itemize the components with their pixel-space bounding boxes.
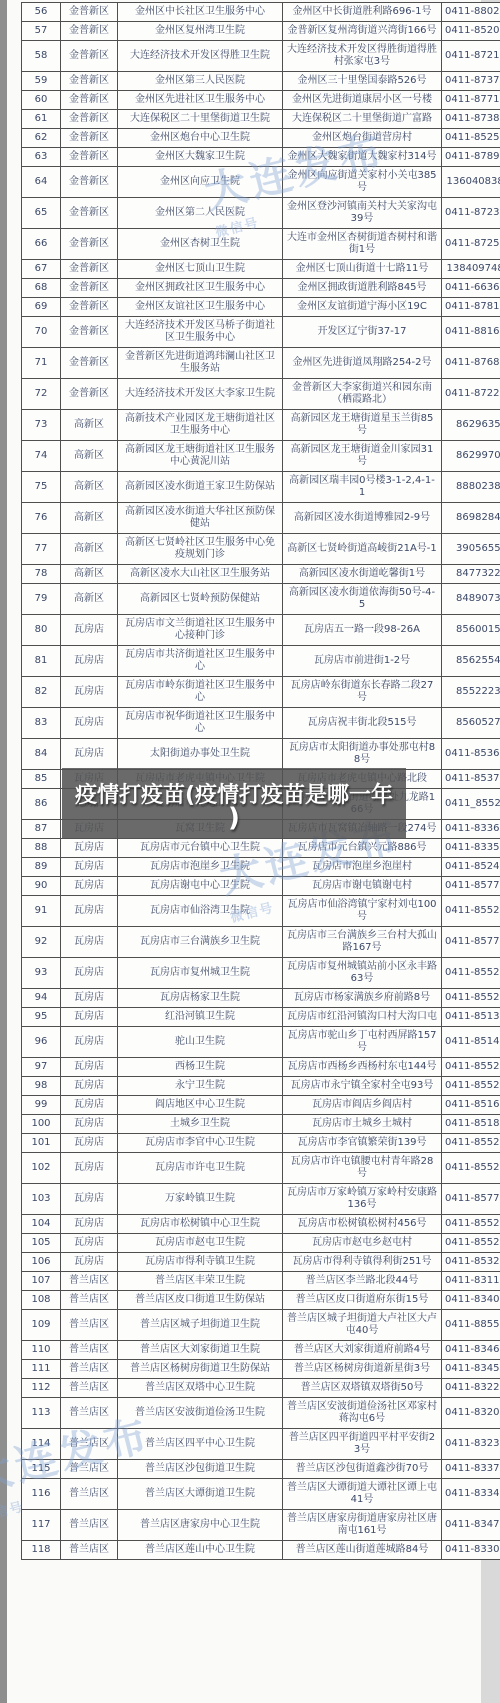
site-name-cell: 大连经济技术开发区得胜卫生院	[118, 41, 283, 72]
address-cell: 金州区中长街道胜利路696-1号	[283, 3, 442, 22]
phone-cell: 0411-87715467	[442, 91, 500, 110]
site-name-cell: 高新园区龙王塘街道社区卫生服务中心黄泥川站	[118, 441, 283, 472]
address-cell: 大连保税区二十里堡街道广富路	[283, 110, 442, 129]
phone-cell: 0411-85320120	[442, 1253, 500, 1272]
address-cell: 瓦房店市红沿河镇沟口村大沟口屯	[283, 1008, 442, 1027]
site-name-cell: 瓦房店市三台满族乡卫生院	[118, 927, 283, 958]
district-cell: 金普新区	[61, 260, 118, 279]
phone-cell: 85522231	[442, 677, 500, 708]
address-cell: 瓦房店市李官镇繁荣街139号	[283, 1134, 442, 1153]
row-number-cell: 112	[22, 1379, 61, 1398]
table-row: 73高新区高新技术产业园区龙王塘街道社区卫生服务中心高新园区龙王塘街道星玉兰街8…	[22, 410, 500, 441]
site-name-cell: 普兰店区安波街道俭汤卫生院	[118, 1398, 283, 1429]
phone-cell: 0411-87812702	[442, 298, 500, 317]
district-cell: 金普新区	[61, 167, 118, 198]
phone-cell: 39056558	[442, 534, 500, 565]
address-cell: 瓦房店市松树镇松树村456号	[283, 1215, 442, 1234]
address-cell: 大连经济技术开发区得胜街道得胜村张家屯3号	[283, 41, 442, 72]
site-name-cell: 阎店地区中心卫生院	[118, 1096, 283, 1115]
site-name-cell: 普兰店区丰荣卫生院	[118, 1272, 283, 1291]
district-cell: 瓦房店	[61, 646, 118, 677]
table-row: 82瓦房店瓦房店市岭东街道社区卫生服务中心瓦房店岭东街道东长春路二段27号855…	[22, 677, 500, 708]
site-name-cell: 金州区中长社区卫生服务中心	[118, 3, 283, 22]
district-cell: 瓦房店	[61, 615, 118, 646]
site-name-cell: 高新区凌水大山社区卫生服务站	[118, 565, 283, 584]
phone-cell: 0411-85773996	[442, 927, 500, 958]
table-row: 75高新区高新园区凌水街道王家卫生防保站高新园区瑞丰园0号楼3-1-2,4-1-…	[22, 472, 500, 503]
district-cell: 普兰店区	[61, 1541, 118, 1560]
address-cell: 瓦房店五一路一段98-26A	[283, 615, 442, 646]
site-name-cell: 金州区第二人民医院	[118, 198, 283, 229]
address-cell: 瓦房店市得利寺镇得利街251号	[283, 1253, 442, 1272]
site-name-cell: 瓦房店谢屯中心卫生院	[118, 877, 283, 896]
phone-cell: 0411-85520224	[442, 1215, 500, 1234]
district-cell: 瓦房店	[61, 1215, 118, 1234]
district-cell: 金普新区	[61, 279, 118, 298]
phone-cell: 85605274	[442, 708, 500, 739]
row-number-cell: 105	[22, 1234, 61, 1253]
site-name-cell: 金州区先进社区卫生服务中心	[118, 91, 283, 110]
district-cell: 普兰店区	[61, 1310, 118, 1341]
row-number-cell: 63	[22, 148, 61, 167]
row-number-cell: 85	[22, 770, 61, 789]
row-number-cell: 96	[22, 1027, 61, 1058]
site-name-cell: 大连保税区二十里堡街道卫生院	[118, 110, 283, 129]
district-cell: 瓦房店	[61, 1153, 118, 1184]
site-name-cell: 金州区复州湾卫生院	[118, 22, 283, 41]
address-cell: 瓦房店市万家岭镇万家岭村安康路136号	[283, 1184, 442, 1215]
site-name-cell: 金州区大魏家卫生院	[118, 148, 283, 167]
site-name-cell: 金州区第三人民医院	[118, 72, 283, 91]
address-cell: 普兰店区城子坦街道大卢社区大卢屯40号	[283, 1310, 442, 1341]
site-name-cell: 红沿河镇卫生院	[118, 1008, 283, 1027]
district-cell: 普兰店区	[61, 1510, 118, 1541]
district-cell: 金普新区	[61, 348, 118, 379]
district-cell: 金普新区	[61, 22, 118, 41]
site-name-cell: 瓦房店杨家卫生院	[118, 989, 283, 1008]
table-row: 61金普新区大连保税区二十里堡街道卫生院大连保税区二十里堡街道广富路0411-8…	[22, 110, 500, 129]
table-row: 70金普新区大连经济技术开发区马桥子街道社区卫生服务中心开发区辽宁街37-170…	[22, 317, 500, 348]
table-row: 68金普新区金州区拥政社区卫生服务中心金州区拥政街道胜利路845号0411-66…	[22, 279, 500, 298]
row-number-cell: 104	[22, 1215, 61, 1234]
address-cell: 大连市金州区杏树街道杏树村和谐街1号	[283, 229, 442, 260]
district-cell: 普兰店区	[61, 1479, 118, 1510]
row-number-cell: 101	[22, 1134, 61, 1153]
district-cell: 瓦房店	[61, 858, 118, 877]
row-number-cell: 91	[22, 896, 61, 927]
site-name-cell: 金州区炮台中心卫生院	[118, 129, 283, 148]
phone-cell: 85625549	[442, 646, 500, 677]
phone-cell: 0411-85520130	[442, 1234, 500, 1253]
table-row: 102瓦房店瓦房店市许屯卫生院瓦房店市许屯镇腰屯村青年路28号0411-8552…	[22, 1153, 500, 1184]
row-number-cell: 88	[22, 839, 61, 858]
district-cell: 金普新区	[61, 91, 118, 110]
site-name-cell: 普兰店区双塔中心卫生院	[118, 1379, 283, 1398]
phone-cell: 0411-87893997	[442, 148, 500, 167]
district-cell: 瓦房店	[61, 677, 118, 708]
row-number-cell: 64	[22, 167, 61, 198]
site-name-cell: 瓦房店市许屯卫生院	[118, 1153, 283, 1184]
row-number-cell: 72	[22, 379, 61, 410]
phone-cell: 0411-83367911	[442, 820, 500, 839]
table-row: 100瓦房店土城乡卫生院瓦房店市土城乡土城村0411-85181117	[22, 1115, 500, 1134]
row-number-cell: 87	[22, 820, 61, 839]
row-number-cell: 109	[22, 1310, 61, 1341]
row-number-cell: 110	[22, 1341, 61, 1360]
district-cell: 瓦房店	[61, 958, 118, 989]
row-number-cell: 99	[22, 1096, 61, 1115]
site-name-cell: 普兰店区杨树房街道卫生防保站	[118, 1360, 283, 1379]
district-cell: 普兰店区	[61, 1341, 118, 1360]
site-name-cell: 金普新区先进街道鸿玮澜山社区卫生服务站	[118, 348, 283, 379]
district-cell: 普兰店区	[61, 1429, 118, 1460]
district-cell: 金普新区	[61, 298, 118, 317]
table-row: 58金普新区大连经济技术开发区得胜卫生院大连经济技术开发区得胜街道得胜村张家屯3…	[22, 41, 500, 72]
row-number-cell: 60	[22, 91, 61, 110]
district-cell: 瓦房店	[61, 1184, 118, 1215]
table-row: 104瓦房店瓦房店市松树镇中心卫生院瓦房店市松树镇松树村456号0411-855…	[22, 1215, 500, 1234]
district-cell: 瓦房店	[61, 1058, 118, 1077]
table-row: 110普兰店区普兰店区大刘家街道卫生院普兰店区大刘家街道府前路4号0411-83…	[22, 1341, 500, 1360]
table-row: 115普兰店区普兰店区沙包街道卫生院普兰店区沙包街道鑫沙街70号0411-833…	[22, 1460, 500, 1479]
row-number-cell: 100	[22, 1115, 61, 1134]
address-cell: 瓦房店市元台镇兴元路886号	[283, 839, 442, 858]
table-row: 92瓦房店瓦房店市三台满族乡卫生院瓦房店市三台满族乡三台村大孤山路167号041…	[22, 927, 500, 958]
site-name-cell: 瓦房店市赵屯卫生院	[118, 1234, 283, 1253]
row-number-cell: 108	[22, 1291, 61, 1310]
site-name-cell: 瓦房店市泡崖乡卫生院	[118, 858, 283, 877]
overlay-title-line2: )	[228, 806, 240, 830]
table-row: 89瓦房店瓦房店市泡崖乡卫生院瓦房店市泡崖乡泡崖村0411-85240028	[22, 858, 500, 877]
address-cell: 瓦房店市三台满族乡三台村大孤山路167号	[283, 927, 442, 958]
phone-cell: 84890739	[442, 584, 500, 615]
site-name-cell: 普兰店区大刘家街道卫生院	[118, 1341, 283, 1360]
district-cell: 金普新区	[61, 198, 118, 229]
site-name-cell: 普兰店区唐家房中心卫生院	[118, 1510, 283, 1541]
row-number-cell: 111	[22, 1360, 61, 1379]
table-row: 78高新区高新区凌水大山社区卫生服务站高新园区凌水街道屹馨街1号84773229	[22, 565, 500, 584]
table-row: 107普兰店区普兰店区丰荣卫生院普兰店区李兰路北段44号0411-8311236…	[22, 1272, 500, 1291]
address-cell: 金普新区复州湾街道兴湾街166号	[283, 22, 442, 41]
phone-cell: 85600155	[442, 615, 500, 646]
site-name-cell: 高新园区七贤岭预防保健站	[118, 584, 283, 615]
address-cell: 高新园区凌水街道博雅园2-9号	[283, 503, 442, 534]
address-cell: 瓦房店市永宁镇全家村全屯93号	[283, 1077, 442, 1096]
address-cell: 高新园区凌水街道屹馨街1号	[283, 565, 442, 584]
district-cell: 金普新区	[61, 3, 118, 22]
district-cell: 金普新区	[61, 72, 118, 91]
row-number-cell: 81	[22, 646, 61, 677]
phone-cell: 0411-83341787	[442, 1479, 500, 1510]
phone-cell: 84773229	[442, 565, 500, 584]
table-row: 56金普新区金州区中长社区卫生服务中心金州区中长街道胜利路696-1号0411-…	[22, 3, 500, 22]
address-cell: 金州区登沙河镇南关村大关家沟屯39号	[283, 198, 442, 229]
address-cell: 金州区拥政街道胜利路845号	[283, 279, 442, 298]
row-number-cell: 62	[22, 129, 61, 148]
address-cell: 高新区七贤岭街道高崚街21A号-1	[283, 534, 442, 565]
district-cell: 瓦房店	[61, 927, 118, 958]
phone-cell: 86296353	[442, 410, 500, 441]
district-cell: 瓦房店	[61, 708, 118, 739]
row-number-cell: 65	[22, 198, 61, 229]
district-cell: 瓦房店	[61, 1096, 118, 1115]
district-cell: 瓦房店	[61, 1077, 118, 1096]
district-cell: 高新区	[61, 441, 118, 472]
phone-cell: 0411-85520159	[442, 989, 500, 1008]
row-number-cell: 69	[22, 298, 61, 317]
phone-cell: 0411-83459818	[442, 1360, 500, 1379]
row-number-cell: 93	[22, 958, 61, 989]
table-row: 71金普新区金普新区先进街道鸿玮澜山社区卫生服务站金州区先进街道凤翔路254-2…	[22, 348, 500, 379]
row-number-cell: 57	[22, 22, 61, 41]
site-name-cell: 驼山卫生院	[118, 1027, 283, 1058]
site-name-cell: 瓦房店市松树镇中心卫生院	[118, 1215, 283, 1234]
address-cell: 普兰店区四平街道四平村平安街23号	[283, 1429, 442, 1460]
address-cell: 瓦房店市太阳街道办事处那屯村88号	[283, 739, 442, 770]
phone-cell: 0411-85520197	[442, 896, 500, 927]
table-row: 63金普新区金州区大魏家卫生院金州区大魏家街道大魏家村314号0411-8789…	[22, 148, 500, 167]
table-row: 69金普新区金州区友谊社区卫生服务中心金州区友谊街道宁海小区19C0411-87…	[22, 298, 500, 317]
address-cell: 瓦房店市谢屯镇谢屯村	[283, 877, 442, 896]
address-cell: 普兰店区沙包街道鑫沙街70号	[283, 1460, 442, 1479]
site-name-cell: 普兰店区沙包街道卫生院	[118, 1460, 283, 1479]
site-name-cell: 瓦房店市祝华街道社区卫生服务中心	[118, 708, 283, 739]
district-cell: 金普新区	[61, 148, 118, 167]
district-cell: 瓦房店	[61, 1234, 118, 1253]
district-cell: 金普新区	[61, 229, 118, 260]
address-cell: 普兰店区皮口街道府东街15号	[283, 1291, 442, 1310]
table-row: 116普兰店区普兰店区大谭街道卫生院普兰店区大谭街道大谭社区谭上屯41号0411…	[22, 1479, 500, 1510]
phone-cell: 13840974857	[442, 260, 500, 279]
phone-cell: 0411-83400086	[442, 1291, 500, 1310]
row-number-cell: 75	[22, 472, 61, 503]
district-cell: 瓦房店	[61, 1134, 118, 1153]
row-number-cell: 59	[22, 72, 61, 91]
phone-cell: 0411-85131663	[442, 1008, 500, 1027]
table-row: 64金普新区金州区向应卫生院金州区向应街道关家村小关屯385号136040838…	[22, 167, 500, 198]
phone-cell: 0411-83200691	[442, 1398, 500, 1429]
table-row: 101瓦房店瓦房店市李官中心卫生院瓦房店市李官镇繁荣街139号0411-8552…	[22, 1134, 500, 1153]
district-cell: 普兰店区	[61, 1291, 118, 1310]
phone-cell: 86299709	[442, 441, 500, 472]
address-cell: 瓦房店市西杨乡西杨村东屯144号	[283, 1058, 442, 1077]
address-cell: 瓦房店祝丰街北段515号	[283, 708, 442, 739]
row-number-cell: 56	[22, 3, 61, 22]
row-number-cell: 102	[22, 1153, 61, 1184]
address-cell: 高新园区瑞丰园0号楼3-1-2,4-1-1	[283, 472, 442, 503]
row-number-cell: 77	[22, 534, 61, 565]
district-cell: 普兰店区	[61, 1360, 118, 1379]
table-row: 94瓦房店瓦房店杨家卫生院瓦房店市杨家满族乡府前路8号0411-85520159	[22, 989, 500, 1008]
row-number-cell: 79	[22, 584, 61, 615]
address-cell: 普兰店区唐家房街道唐家房社区唐南屯161号	[283, 1510, 442, 1541]
district-cell: 瓦房店	[61, 877, 118, 896]
phone-cell: 0411-87221117	[442, 379, 500, 410]
site-name-cell: 普兰店区城子坦街道卫生院	[118, 1310, 283, 1341]
row-number-cell: 80	[22, 615, 61, 646]
site-name-cell: 瓦房店市岭东街道社区卫生服务中心	[118, 677, 283, 708]
district-cell: 高新区	[61, 503, 118, 534]
row-number-cell: 86	[22, 789, 61, 820]
table-row: 99瓦房店阎店地区中心卫生院瓦房店市阎店乡阎店村0411-85162888	[22, 1096, 500, 1115]
address-cell: 瓦房店市前进街1-2号	[283, 646, 442, 677]
row-number-cell: 76	[22, 503, 61, 534]
phone-cell: 0411-85181117	[442, 1115, 500, 1134]
site-name-cell: 太阳街道办事处卫生院	[118, 739, 283, 770]
address-cell: 瓦房店市泡崖乡泡崖村	[283, 858, 442, 877]
table-row: 59金普新区金州区第三人民医院金州区三十里堡国泰路526号0411-873761…	[22, 72, 500, 91]
district-cell: 高新区	[61, 472, 118, 503]
table-row: 79高新区高新园区七贤岭预防保健站高新园区凌水街道依海街50号-4-584890…	[22, 584, 500, 615]
phone-cell: 0411-85520115	[442, 1077, 500, 1096]
row-number-cell: 116	[22, 1479, 61, 1510]
row-number-cell: 68	[22, 279, 61, 298]
site-name-cell: 普兰店区四平中心卫生院	[118, 1429, 283, 1460]
phone-cell: 86982842	[442, 503, 500, 534]
address-cell: 普兰店区双塔镇双塔街50号	[283, 1379, 442, 1398]
site-name-cell: 普兰店区皮口街道卫生防保站	[118, 1291, 283, 1310]
row-number-cell: 67	[22, 260, 61, 279]
row-number-cell: 115	[22, 1460, 61, 1479]
watermark-overlay-banner: 疫情打疫苗(疫情打疫苗是哪一年 )	[62, 768, 406, 839]
table-row: 90瓦房店瓦房店谢屯中心卫生院瓦房店市谢屯镇谢屯村0411-85775467	[22, 877, 500, 896]
district-cell: 高新区	[61, 534, 118, 565]
phone-cell: 0411-85240028	[442, 858, 500, 877]
row-number-cell: 89	[22, 858, 61, 877]
phone-cell: 0411-85774855	[442, 1184, 500, 1215]
site-name-cell: 普兰店区大谭街道卫生院	[118, 1479, 283, 1510]
table-row: 67金普新区金州区七顶山卫生院金州区七顶山街道十七路11号13840974857	[22, 260, 500, 279]
row-number-cell: 73	[22, 410, 61, 441]
table-row: 113普兰店区普兰店区安波街道俭汤卫生院普兰店区安波街道俭汤社区邓家村蒋沟屯6号…	[22, 1398, 500, 1429]
row-number-cell: 107	[22, 1272, 61, 1291]
phone-cell: 0411-83112365	[442, 1272, 500, 1291]
address-cell: 瓦房店市许屯镇腰屯村青年路28号	[283, 1153, 442, 1184]
phone-cell: 0411-87234545	[442, 198, 500, 229]
site-name-cell: 瓦房店市元台镇中心卫生院	[118, 839, 283, 858]
phone-cell: 0411-87250115	[442, 229, 500, 260]
row-number-cell: 82	[22, 677, 61, 708]
site-name-cell: 永宁卫生院	[118, 1077, 283, 1096]
table-row: 105瓦房店瓦房店市赵屯卫生院瓦房店市赵屯乡赵屯村0411-85520130	[22, 1234, 500, 1253]
district-cell: 普兰店区	[61, 1379, 118, 1398]
district-cell: 金普新区	[61, 129, 118, 148]
table-row: 88瓦房店瓦房店市元台镇中心卫生院瓦房店市元台镇兴元路886号0411-8335…	[22, 839, 500, 858]
phone-cell: 0411-88550040	[442, 1310, 500, 1341]
address-cell: 金州区先进街道康居小区一号楼	[283, 91, 442, 110]
table-row: 91瓦房店瓦房店市仙浴湾卫生院瓦房店市仙浴湾镇宁家村刘屯100号0411-855…	[22, 896, 500, 927]
site-name-cell: 西杨卫生院	[118, 1058, 283, 1077]
address-cell: 瓦房店市仙浴湾镇宁家村刘屯100号	[283, 896, 442, 927]
row-number-cell: 66	[22, 229, 61, 260]
address-cell: 金州区七顶山街道十七路11号	[283, 260, 442, 279]
phone-cell: 0411-87382428	[442, 110, 500, 129]
phone-cell: 0411-83223230	[442, 1379, 500, 1398]
row-number-cell: 90	[22, 877, 61, 896]
row-number-cell: 70	[22, 317, 61, 348]
address-cell: 金普新区大李家街道兴和园东南（栖霞路北）	[283, 379, 442, 410]
site-name-cell: 大连经济技术开发区马桥子街道社区卫生服务中心	[118, 317, 283, 348]
phone-cell: 0411-83357907	[442, 839, 500, 858]
address-cell: 金州区大魏家街道大魏家村314号	[283, 148, 442, 167]
row-number-cell: 95	[22, 1008, 61, 1027]
article-table-screenshot: 大连发布 56金普新区金州区中长社区卫生服务中心金州区中长街道胜利路696-1号…	[0, 0, 500, 1703]
address-cell: 瓦房店市土城乡土城村	[283, 1115, 442, 1134]
phone-cell: 0411-66369500	[442, 279, 500, 298]
phone-cell: 0411-85202176	[442, 22, 500, 41]
row-number-cell: 103	[22, 1184, 61, 1215]
table-row: 98瓦房店永宁卫生院瓦房店市永宁镇全家村全屯93号0411-85520115	[22, 1077, 500, 1096]
district-cell: 瓦房店	[61, 1253, 118, 1272]
district-cell: 普兰店区	[61, 1272, 118, 1291]
site-name-cell: 瓦房店市复州城卫生院	[118, 958, 283, 989]
site-name-cell: 金州区向应卫生院	[118, 167, 283, 198]
row-number-cell: 84	[22, 739, 61, 770]
table-row: 81瓦房店瓦房店市共济街道社区卫生服务中心瓦房店市前进街1-2号85625549	[22, 646, 500, 677]
table-row: 112普兰店区普兰店区双塔中心卫生院普兰店区双塔镇双塔街50号0411-8322…	[22, 1379, 500, 1398]
row-number-cell: 92	[22, 927, 61, 958]
site-name-cell: 金州区友谊社区卫生服务中心	[118, 298, 283, 317]
table-row: 60金普新区金州区先进社区卫生服务中心金州区先进街道康居小区一号楼0411-87…	[22, 91, 500, 110]
table-row: 117普兰店区普兰店区唐家房中心卫生院普兰店区唐家房街道唐家房社区唐南屯161号…	[22, 1510, 500, 1541]
district-cell: 瓦房店	[61, 896, 118, 927]
table-row: 103瓦房店万家岭镇卫生院瓦房店市万家岭镇万家岭村安康路136号0411-857…	[22, 1184, 500, 1215]
table-row: 114普兰店区普兰店区四平中心卫生院普兰店区四平街道四平村平安街23号0411-…	[22, 1429, 500, 1460]
address-cell: 金州区先进街道凤翔路254-2号	[283, 348, 442, 379]
site-name-cell: 瓦房店市李官中心卫生院	[118, 1134, 283, 1153]
district-cell: 高新区	[61, 584, 118, 615]
phone-cell: 0411-85520249	[442, 1134, 500, 1153]
table-row: 62金普新区金州区炮台中心卫生院金州区炮台街道营房村0411-85252512	[22, 129, 500, 148]
table-row: 77高新区高新区七贤岭社区卫生服务中心免疫规划门诊高新区七贤岭街道高崚街21A号…	[22, 534, 500, 565]
table-row: 74高新区高新园区龙王塘街道社区卫生服务中心黄泥川站高新园区龙王塘街道金川家园3…	[22, 441, 500, 472]
row-number-cell: 58	[22, 41, 61, 72]
district-cell: 瓦房店	[61, 739, 118, 770]
address-cell: 普兰店区大刘家街道府前路4号	[283, 1341, 442, 1360]
site-name-cell: 高新园区凌水街道大华社区预防保健站	[118, 503, 283, 534]
phone-cell: 0411-83470988	[442, 1510, 500, 1541]
row-number-cell: 114	[22, 1429, 61, 1460]
address-cell: 瓦房店市赵屯乡赵屯村	[283, 1234, 442, 1253]
table-row: 65金普新区金州区第二人民医院金州区登沙河镇南关村大关家沟屯39号0411-87…	[22, 198, 500, 229]
site-name-cell: 瓦房店市仙浴湾卫生院	[118, 896, 283, 927]
table-row: 96瓦房店驼山卫生院瓦房店市驼山乡丁屯村西屏路157号0411-85143135	[22, 1027, 500, 1058]
site-name-cell: 高新园区凌水街道王家卫生防保站	[118, 472, 283, 503]
phone-cell: 0411-88160312	[442, 317, 500, 348]
site-name-cell: 金州区拥政社区卫生服务中心	[118, 279, 283, 298]
table-row: 84瓦房店太阳街道办事处卫生院瓦房店市太阳街道办事处那屯村88号0411-853…	[22, 739, 500, 770]
address-cell: 金州区向应街道关家村小关屯385号	[283, 167, 442, 198]
phone-cell: 0411-85252512	[442, 129, 500, 148]
phone-cell: 0411-88028887	[442, 3, 500, 22]
district-cell: 瓦房店	[61, 839, 118, 858]
address-cell: 瓦房店市杨家满族乡府前路8号	[283, 989, 442, 1008]
district-cell: 瓦房店	[61, 1008, 118, 1027]
phone-cell: 0411_85520173	[442, 789, 500, 820]
table-row: 93瓦房店瓦房店市复州城卫生院瓦房店市复州城镇站前小区永丰路63号0411-85…	[22, 958, 500, 989]
phone-cell: 0411-87376103	[442, 72, 500, 91]
table-row: 111普兰店区普兰店区杨树房街道卫生防保站普兰店区杨树房街道新星街3号0411-…	[22, 1360, 500, 1379]
left-edge-strip	[0, 0, 7, 1703]
phone-cell: 0411-85775467	[442, 877, 500, 896]
row-number-cell: 97	[22, 1058, 61, 1077]
row-number-cell: 113	[22, 1398, 61, 1429]
phone-cell: 0411-83300025	[442, 1541, 500, 1560]
address-cell: 高新园区龙王塘街道金川家园31号	[283, 441, 442, 472]
address-cell: 瓦房店市阎店乡阎店村	[283, 1096, 442, 1115]
phone-cell: 0411-85162888	[442, 1096, 500, 1115]
district-cell: 高新区	[61, 410, 118, 441]
